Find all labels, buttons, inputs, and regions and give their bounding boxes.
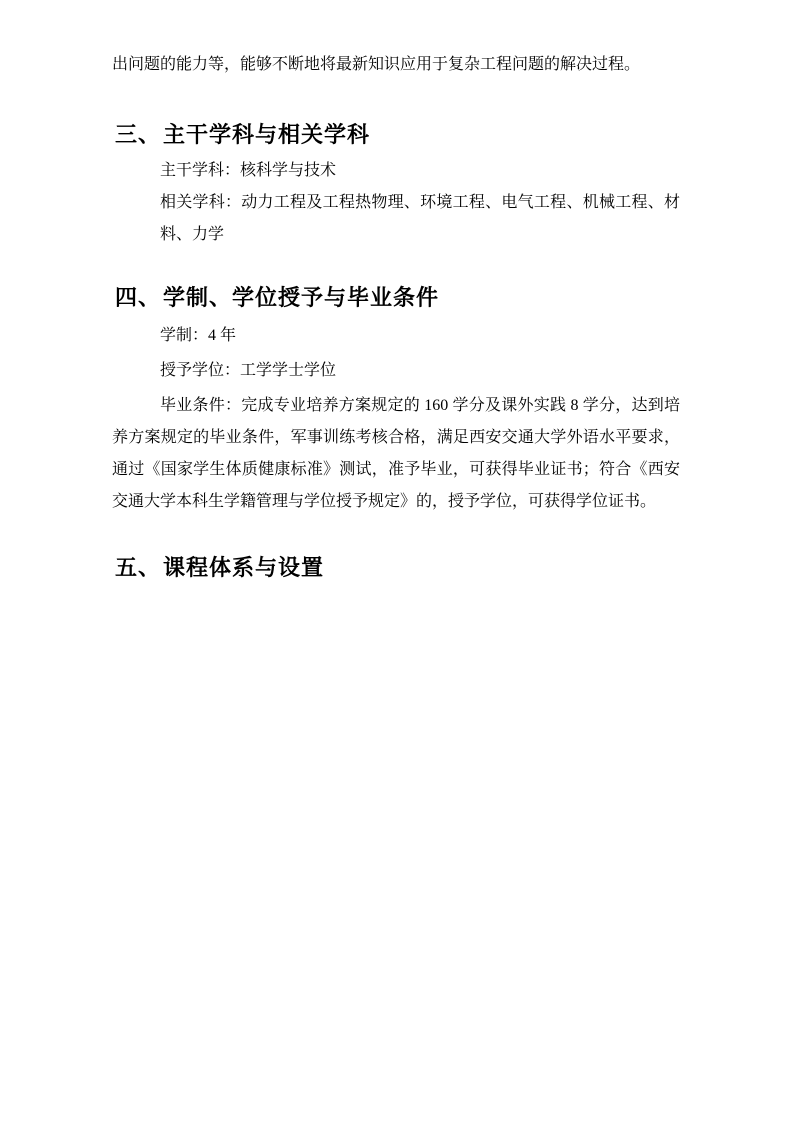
section-heading-3: 三、 主干学科与相关学科 (115, 119, 680, 151)
section-3-title: 主干学科与相关学科 (163, 119, 370, 151)
section-heading-4: 四、 学制、学位授予与毕业条件 (115, 282, 680, 314)
paragraph-related-disciplines: 相关学科：动力工程及工程热物理、环境工程、电气工程、机械工程、材料、力学 (112, 187, 680, 251)
section-4-number: 四、 (115, 282, 163, 314)
document-page: 出问题的能力等，能够不断地将最新知识应用于复杂工程问题的解决过程。 三、 主干学… (0, 0, 794, 1123)
section-3-number: 三、 (115, 119, 163, 151)
section-heading-5: 五、 课程体系与设置 (115, 552, 680, 584)
section-4-title: 学制、学位授予与毕业条件 (163, 282, 439, 314)
section-5-title: 课程体系与设置 (163, 552, 324, 584)
paragraph-continuation: 出问题的能力等，能够不断地将最新知识应用于复杂工程问题的解决过程。 (112, 49, 680, 81)
paragraph-study-duration: 学制：4 年 (112, 320, 680, 352)
section-5-number: 五、 (115, 552, 163, 584)
paragraph-degree-awarded: 授予学位：工学学士学位 (112, 355, 680, 387)
paragraph-graduation-requirements: 毕业条件：完成专业培养方案规定的 160 学分及课外实践 8 学分，达到培养方案… (112, 390, 680, 518)
paragraph-primary-discipline: 主干学科：核科学与技术 (112, 155, 680, 187)
